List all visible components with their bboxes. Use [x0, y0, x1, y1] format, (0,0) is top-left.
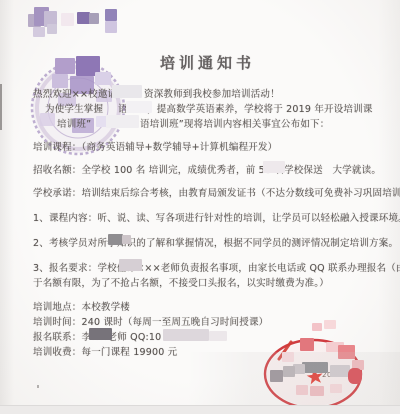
doc-line-intro2-left: 为使学生掌握: [45, 101, 103, 115]
redaction-mosaic: [263, 161, 285, 173]
doc-line-course: 培训课程：（商务英语辅导+数学辅导+计算机编程开发）: [33, 139, 277, 153]
redaction-mosaic: [300, 338, 314, 351]
redaction-mosaic: [55, 58, 75, 74]
doc-line-item3a: 3、报名要求：学校任命×××老师负责报名事项，由家长电话或 QQ 联系办理报名（…: [33, 260, 400, 274]
doc-line-intro3-right: 语培训班”现将培训内容相关事宜公布如下：: [140, 116, 329, 130]
redaction-mosaic: [209, 331, 227, 341]
redaction-mosaic: [126, 101, 152, 113]
redaction-mosaic: [89, 328, 112, 340]
redaction-mosaic: [312, 323, 322, 331]
redaction-mosaic: [61, 13, 74, 26]
redaction-mosaic: [324, 320, 336, 329]
redaction-mosaic: [105, 21, 117, 33]
redaction-mosaic: [95, 72, 111, 85]
doc-line-time: 培训时间：240 课时（每周一至周五晚自习时间授课）: [33, 314, 268, 328]
document-photo: 培训通知书 热烈欢迎××校邀请 资深教师到我校参加培训活动！ 为使学生掌握 语知…: [0, 0, 400, 414]
photo-bottom-edge: [0, 405, 400, 414]
redaction-mosaic: [89, 13, 99, 24]
doc-line-intro3-left: 培训班”: [57, 116, 91, 130]
doc-line-promise: 学校承诺：培训结束后综合考核，由教育局颁发证书（不达分数线可免费补习巩固培训）: [33, 185, 400, 199]
document-title: 培训通知书: [160, 52, 255, 73]
doc-line-intro1-right: 资深教师到我校参加培训活动！: [144, 86, 280, 100]
doc-line-intro1-left: 热烈欢迎××校邀请: [33, 86, 117, 100]
redaction-mosaic: [33, 27, 45, 37]
redaction-mosaic: [119, 259, 142, 271]
doc-line-place: 培训地点：本校教学楼: [33, 299, 130, 313]
doc-line-item1: 1、课程内容：听、说、读、写各项进行针对性的培训，让学员可以轻松融入授课环境。: [33, 210, 400, 224]
photo-edge-artifact: [0, 84, 2, 130]
doc-line-item2: 2、考核学员对所学知识的了解和掌握情况，根据不同学员的测评情况制定培训方案。: [33, 235, 398, 249]
doc-line-fee: 培训收费：每一门课程 19900 元: [33, 344, 177, 358]
dust-speck: [37, 385, 39, 388]
redaction-mosaic: [105, 9, 117, 21]
doc-line-quota: 招收名额：全学校 100 名 培训完，成绩优秀者，前 50 名学校保送 大学就读…: [33, 162, 381, 176]
doc-line-intro2-right: 语知识，提高数学英语素养，学校将于 2019 年开设培训课: [118, 101, 373, 115]
redaction-mosaic: [47, 24, 57, 34]
redaction-mosaic: [112, 85, 142, 98]
photo-shading: [188, 352, 400, 406]
redaction-mosaic: [106, 115, 139, 128]
doc-line-item3b: 于名额有限，为了不抢占名额，不接受口头报名，以实时缴费为准。）: [33, 275, 329, 289]
redaction-mosaic: [163, 329, 209, 341]
redaction-mosaic: [122, 235, 131, 244]
redaction-mosaic: [108, 234, 123, 245]
